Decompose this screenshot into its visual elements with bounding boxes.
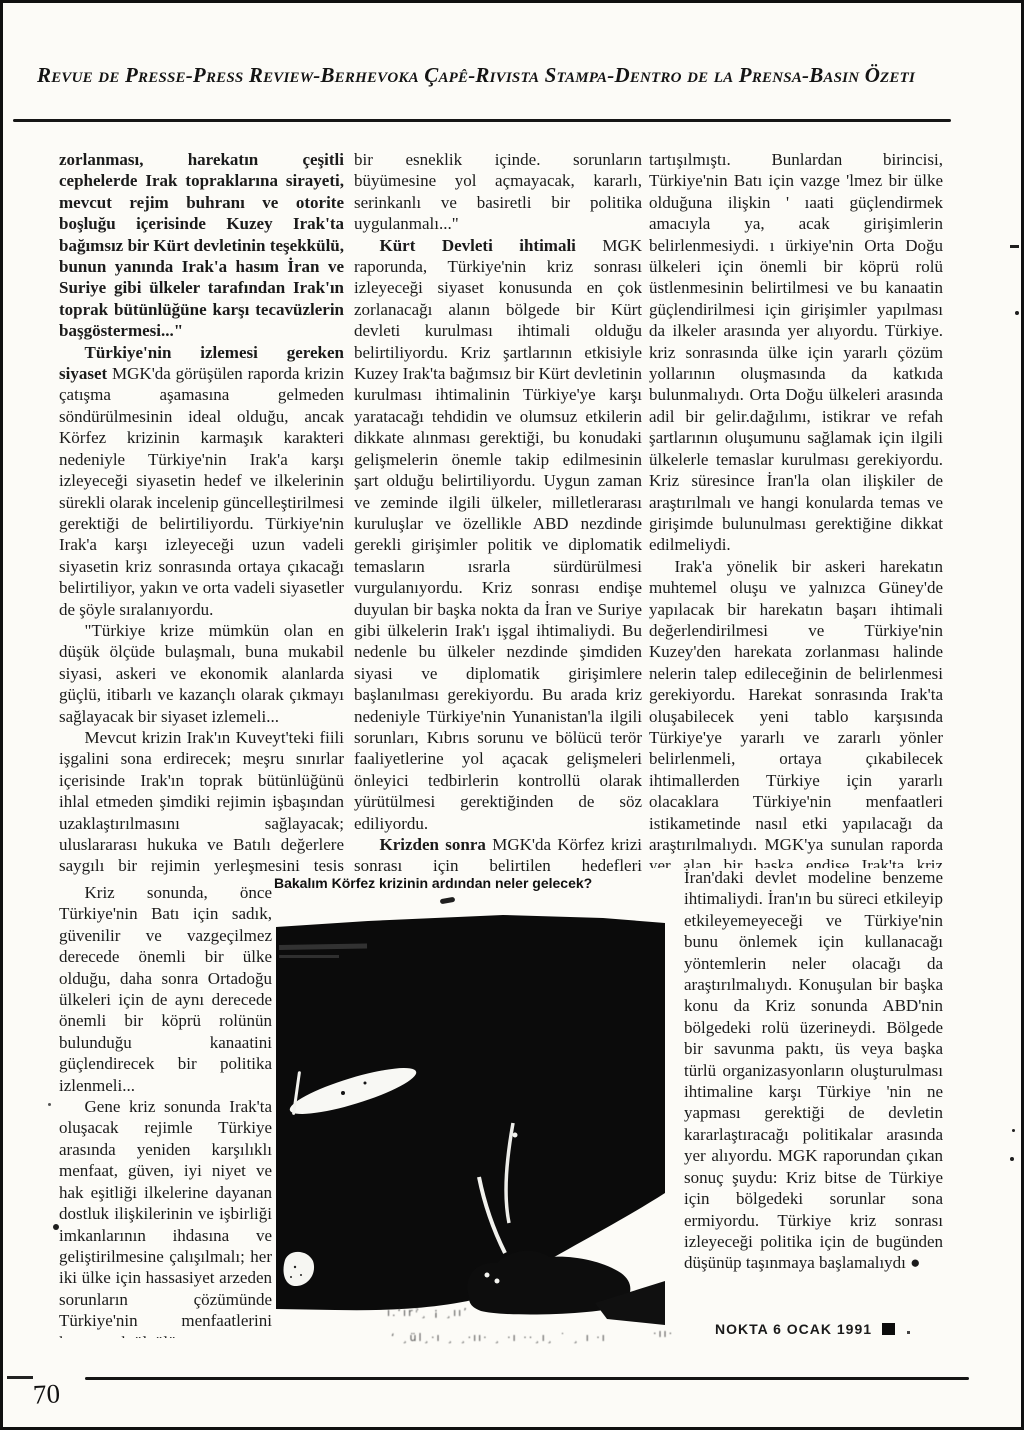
magazine-footer: NOKTA 6 OCAK 1991 <box>715 1321 910 1337</box>
paragraph: Kriz sonunda, önce Türkiye'nin Batı için… <box>59 882 272 1096</box>
paragraph: "Türkiye krize mümkün olan en düşük ölçü… <box>59 620 344 727</box>
column-1-upper: zorlanması, harekatın çeşitli cephelerde… <box>59 149 344 880</box>
end-square-icon <box>882 1323 895 1335</box>
photo-image <box>273 905 665 1347</box>
column-2: bir esneklik içinde. sorunların büyümesi… <box>354 149 642 880</box>
scan-artifact <box>53 1224 59 1230</box>
scan-artifact <box>1010 245 1019 248</box>
column-3-upper: tartışılmıştı. Bunlardan birincisi, Türk… <box>649 149 943 868</box>
paragraph: Mevcut krizin Irak'ın Kuveyt'teki fiili … <box>59 727 344 880</box>
column-1-lower: Kriz sonunda, önce Türkiye'nin Batı için… <box>59 882 272 1338</box>
paragraph: Türkiye'nin izlemesi gereken siyaset MGK… <box>59 342 344 620</box>
scan-noise: ·ıı· <box>653 1327 674 1340</box>
scan-noise: ı.ʻırˀ¸ ¡ ¸ııʼ <box>387 1306 469 1319</box>
scan-artifact <box>1015 311 1019 315</box>
scan-artifact <box>48 1103 51 1106</box>
paragraph: tartışılmıştı. Bunlardan birincisi, Türk… <box>649 149 943 556</box>
paragraph: Kürt Devleti ihtimali MGK raporunda, Tür… <box>354 235 642 834</box>
scan-artifact <box>1012 1129 1015 1132</box>
paragraph: Krizden sonra MGK'da Körfez krizi sonras… <box>354 834 642 880</box>
header-rule <box>13 119 951 122</box>
paragraph: İran'daki devlet modeline benzeme ihtima… <box>684 867 943 1274</box>
scan-noise: ʻ ¸ül¸·ı ¸ ¸·ıı· ¸ ·ı ··¸ı¸ ˙ ¸ ı ·ı <box>391 1331 607 1344</box>
scan-dot <box>907 1331 910 1334</box>
article-photo <box>273 905 665 1347</box>
photo-caption: Bakalım Körfez krizinin ardından neler g… <box>274 875 592 891</box>
column-3-lower: İran'daki devlet modeline benzeme ihtima… <box>684 867 943 1345</box>
footer-rule <box>85 1377 969 1380</box>
paragraph: Irak'a yönelik bir askeri harekatın muht… <box>649 556 943 868</box>
scan-artifact <box>440 897 456 905</box>
paragraph: zorlanması, harekatın çeşitli cephelerde… <box>59 149 344 342</box>
paragraph: Gene kriz sonunda Irak'ta oluşacak rejim… <box>59 1096 272 1338</box>
magazine-page: Revue de Presse-Press Review-Berhevoka Ç… <box>0 0 1024 1430</box>
paragraph: bir esneklik içinde. sorunların büyümesi… <box>354 149 642 235</box>
page-number: 70 <box>32 1378 61 1410</box>
footer-rule-dash <box>7 1376 33 1379</box>
page-header-title: Revue de Presse-Press Review-Berhevoka Ç… <box>37 63 987 88</box>
footer-credit-text: NOKTA 6 OCAK 1991 <box>715 1321 872 1337</box>
scan-artifact <box>1010 1157 1014 1161</box>
